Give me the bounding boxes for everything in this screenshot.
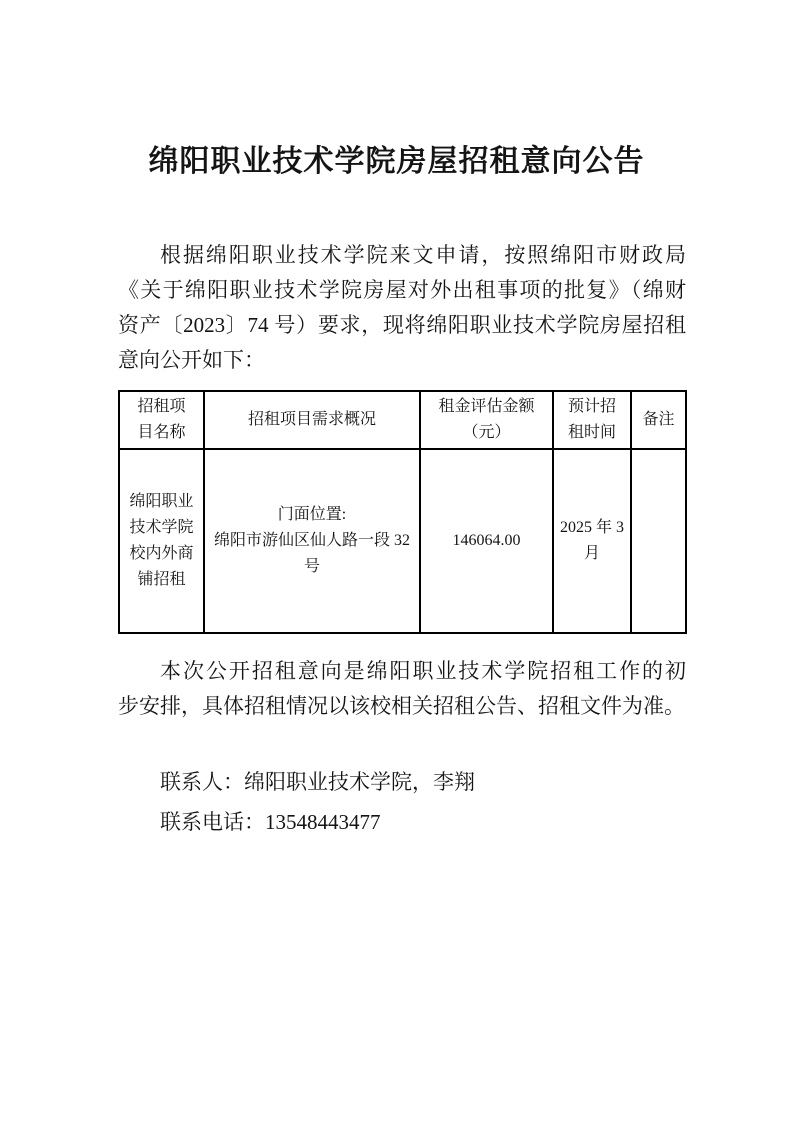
rental-table-body: 绵阳职业 技术学院 校内外商 铺招租 门面位置: 绵阳市游仙区仙人路一段 32 … (119, 449, 686, 633)
intro-paragraph: 根据绵阳职业技术学院来文申请，按照绵阳市财政局 《关于绵阳职业技术学院房屋对外出… (118, 238, 686, 378)
intro-line: 根据绵阳职业技术学院来文申请，按照绵阳市财政局 (118, 238, 686, 273)
contact-phone: 联系电话：13548443477 (118, 802, 686, 842)
header-cell-rent-amount: 租金评估金额 （元） (420, 391, 553, 449)
cell-rent-amount: 146064.00 (420, 449, 553, 633)
cell-expected-time: 2025 年 3 月 (553, 449, 631, 633)
note-line: 本次公开招租意向是绵阳职业技术学院招租工作的初 (118, 654, 686, 689)
header-cell-project-name: 招租项 目名称 (119, 391, 204, 449)
intro-line: 资产〔2023〕74 号）要求，现将绵阳职业技术学院房屋招租 (118, 308, 686, 343)
header-cell-remark: 备注 (631, 391, 686, 449)
document-page: 绵阳职业技术学院房屋招租意向公告 根据绵阳职业技术学院来文申请，按照绵阳市财政局… (0, 0, 793, 1122)
contact-block: 联系人：绵阳职业技术学院，李翔 联系电话：13548443477 (118, 762, 686, 842)
cell-requirement: 门面位置: 绵阳市游仙区仙人路一段 32 号 (204, 449, 420, 633)
note-line: 步安排，具体招租情况以该校相关招租公告、招租文件为准。 (118, 689, 686, 724)
note-paragraph: 本次公开招租意向是绵阳职业技术学院招租工作的初 步安排，具体招租情况以该校相关招… (118, 654, 686, 724)
header-cell-requirement: 招租项目需求概况 (204, 391, 420, 449)
cell-remark (631, 449, 686, 633)
cell-project-name: 绵阳职业 技术学院 校内外商 铺招租 (119, 449, 204, 633)
intro-line: 意向公开如下： (118, 343, 686, 378)
page-title: 绵阳职业技术学院房屋招租意向公告 (0, 0, 793, 181)
rental-table-header: 招租项 目名称 招租项目需求概况 租金评估金额 （元） 预计招 租时间 备注 (119, 391, 686, 449)
table-row: 绵阳职业 技术学院 校内外商 铺招租 门面位置: 绵阳市游仙区仙人路一段 32 … (119, 449, 686, 633)
table-header-row: 招租项 目名称 招租项目需求概况 租金评估金额 （元） 预计招 租时间 备注 (119, 391, 686, 449)
header-cell-expected-time: 预计招 租时间 (553, 391, 631, 449)
rental-table: 招租项 目名称 招租项目需求概况 租金评估金额 （元） 预计招 租时间 备注 绵… (118, 390, 687, 634)
intro-line: 《关于绵阳职业技术学院房屋对外出租事项的批复》（绵财 (118, 273, 686, 308)
contact-person: 联系人：绵阳职业技术学院，李翔 (118, 762, 686, 802)
